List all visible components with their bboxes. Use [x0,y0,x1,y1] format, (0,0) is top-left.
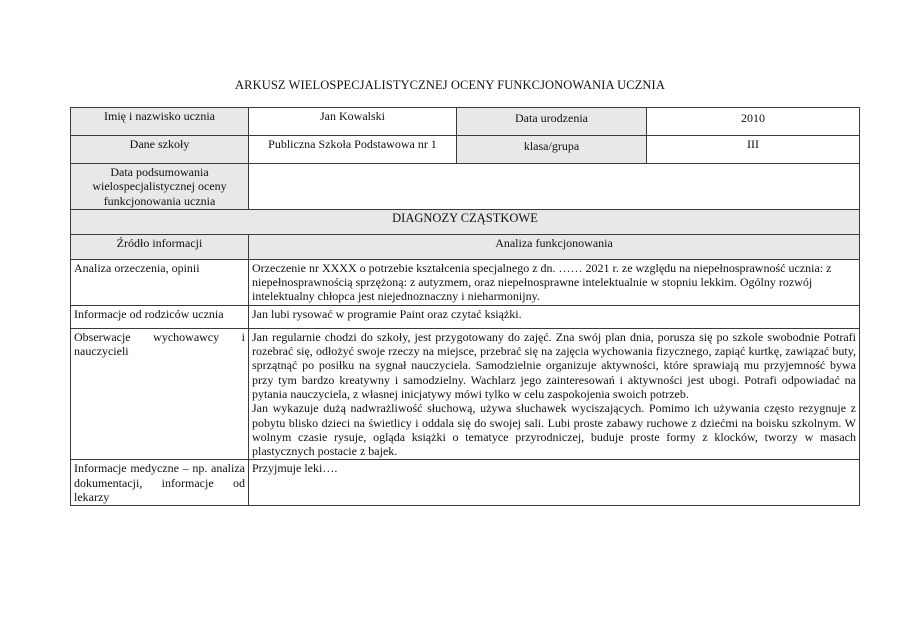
diagnosis-analysis: Przyjmuje leki…. [249,460,860,506]
summary-date-value [249,164,860,210]
diagnosis-row: Obserwacje wychowawcy i nauczycieli Jan … [71,328,860,460]
diagnoses-section-row: DIAGNOZY CZĄSTKOWE [71,209,860,234]
diagnosis-source: Obserwacje wychowawcy i nauczycieli [71,328,249,460]
diagnosis-analysis: Jan lubi rysować w programie Paint oraz … [249,305,860,328]
diagnosis-source: Informacje od rodziców ucznia [71,305,249,328]
summary-date-label: Data podsumowania wielospecjalistycznej … [71,164,249,210]
diagnoses-header-row: Źródło informacji Analiza funkcjonowania [71,234,860,259]
diagnosis-analysis: Jan regularnie chodzi do szkoły, jest pr… [249,328,860,460]
assessment-table: Imię i nazwisko ucznia Jan Kowalski Data… [70,107,860,506]
diagnosis-source: Informacje medyczne – np. analiza dokume… [71,460,249,506]
school-value: Publiczna Szkoła Podstawowa nr 1 [249,136,457,164]
class-label: klasa/grupa [457,136,647,164]
birth-date-label: Data urodzenia [457,108,647,136]
birth-date-value: 2010 [647,108,860,136]
analysis-paragraph: Jan regularnie chodzi do szkoły, jest pr… [252,330,856,401]
column-header-source: Źródło informacji [71,234,249,259]
analysis-paragraph: Orzeczenie nr XXXX o potrzebie kształcen… [252,261,856,304]
document-title: ARKUSZ WIELOSPECJALISTYCZNEJ OCENY FUNKC… [0,78,900,93]
student-name-value: Jan Kowalski [249,108,457,136]
summary-date-row: Data podsumowania wielospecjalistycznej … [71,164,860,210]
student-name-row: Imię i nazwisko ucznia Jan Kowalski Data… [71,108,860,136]
analysis-paragraph: Jan wykazuje dużą nadwrażliwość słuchową… [252,401,856,458]
school-row: Dane szkoły Publiczna Szkoła Podstawowa … [71,136,860,164]
diagnosis-row: Informacje od rodziców ucznia Jan lubi r… [71,305,860,328]
student-name-label: Imię i nazwisko ucznia [71,108,249,136]
diagnosis-row: Analiza orzeczenia, opinii Orzeczenie nr… [71,259,860,305]
analysis-paragraph: Przyjmuje leki…. [252,461,856,475]
school-label: Dane szkoły [71,136,249,164]
diagnosis-row: Informacje medyczne – np. analiza dokume… [71,460,860,506]
diagnoses-section-title: DIAGNOZY CZĄSTKOWE [71,209,860,234]
diagnosis-source: Analiza orzeczenia, opinii [71,259,249,305]
analysis-paragraph: Jan lubi rysować w programie Paint oraz … [252,307,856,321]
column-header-analysis: Analiza funkcjonowania [249,234,860,259]
diagnosis-analysis: Orzeczenie nr XXXX o potrzebie kształcen… [249,259,860,305]
class-value: III [647,136,860,164]
